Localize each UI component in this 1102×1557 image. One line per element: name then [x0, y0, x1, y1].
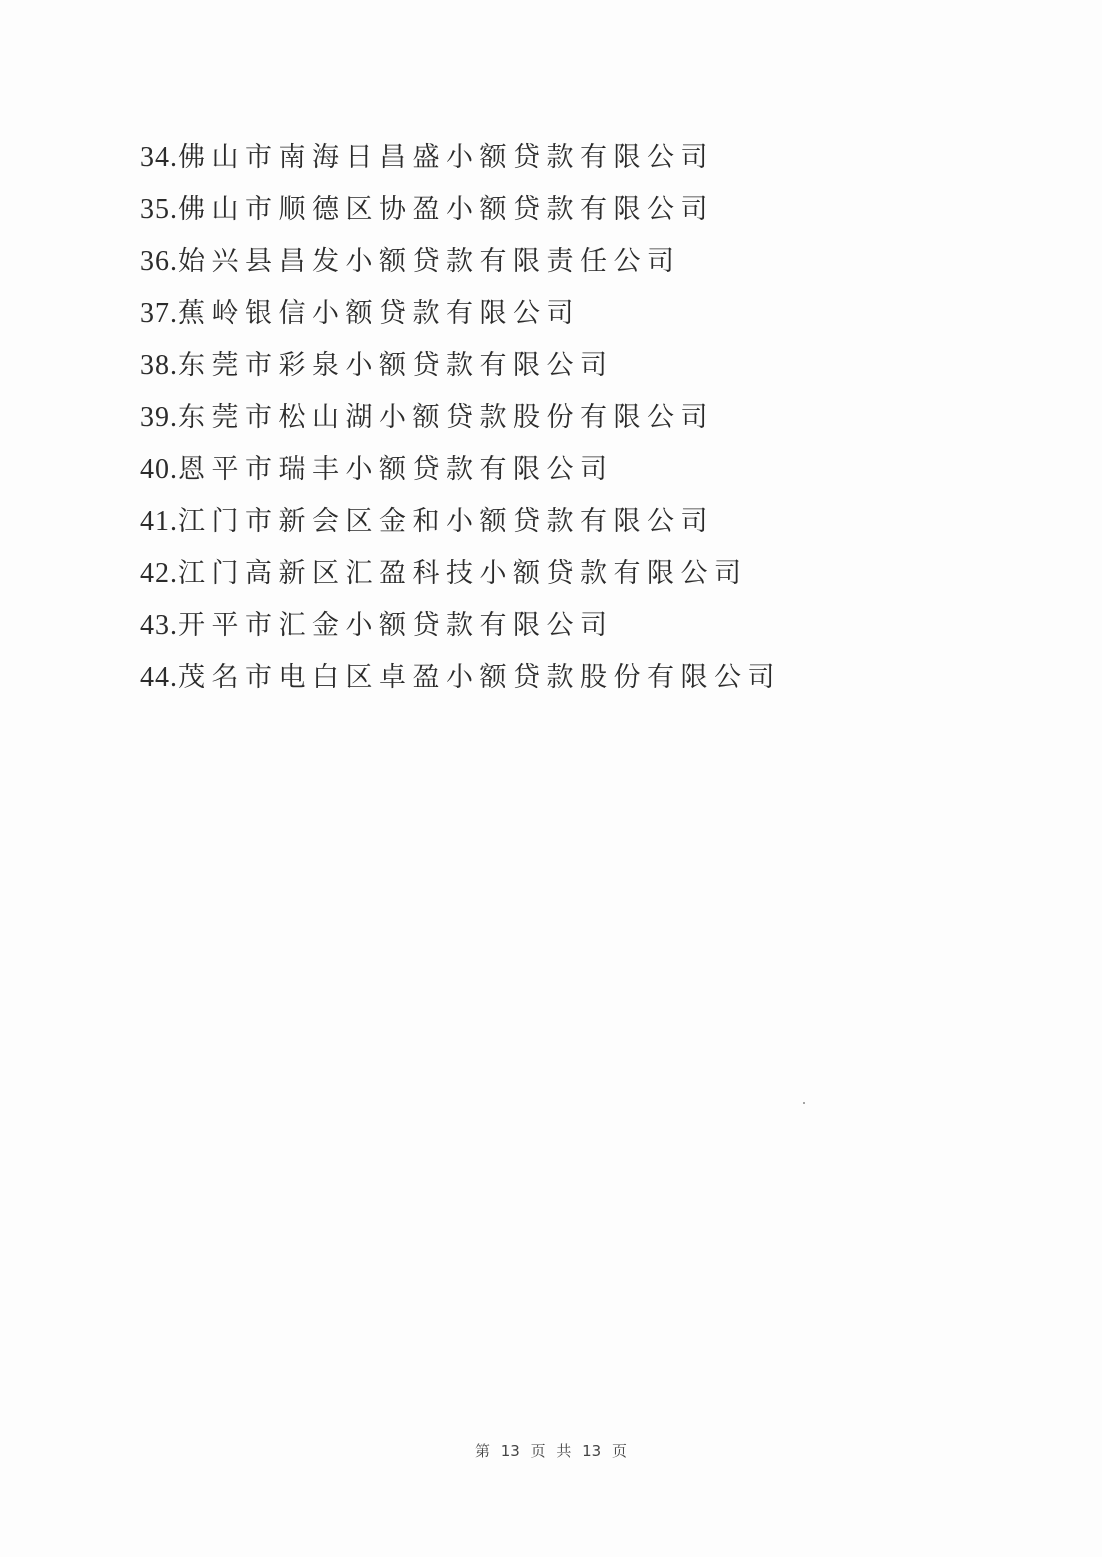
list-item: 39.东莞市松山湖小额贷款股份有限公司	[140, 397, 781, 449]
company-name: 江门高新区汇盈科技小额贷款有限公司	[178, 558, 748, 589]
scan-speck	[803, 1102, 805, 1104]
company-list: 34.佛山市南海日昌盛小额贷款有限公司 35.佛山市顺德区协盈小额贷款有限公司 …	[140, 137, 781, 709]
item-number: 37.	[140, 298, 178, 329]
company-name: 佛山市顺德区协盈小额贷款有限公司	[178, 194, 714, 225]
company-name: 蕉岭银信小额贷款有限公司	[178, 298, 580, 329]
list-item: 41.江门市新会区金和小额贷款有限公司	[140, 501, 781, 553]
company-name: 东莞市松山湖小额贷款股份有限公司	[178, 402, 714, 433]
list-item: 36.始兴县昌发小额贷款有限责任公司	[140, 241, 781, 293]
item-number: 40.	[140, 454, 178, 485]
company-name: 江门市新会区金和小额贷款有限公司	[178, 506, 714, 537]
item-number: 34.	[140, 142, 178, 173]
document-page: 34.佛山市南海日昌盛小额贷款有限公司 35.佛山市顺德区协盈小额贷款有限公司 …	[0, 0, 1102, 1557]
company-name: 茂名市电白区卓盈小额贷款股份有限公司	[178, 662, 781, 693]
list-item: 37.蕉岭银信小额贷款有限公司	[140, 293, 781, 345]
item-number: 44.	[140, 662, 178, 693]
list-item: 35.佛山市顺德区协盈小额贷款有限公司	[140, 189, 781, 241]
page-footer: 第 13 页 共 13 页	[0, 1440, 1102, 1461]
item-number: 39.	[140, 402, 178, 433]
company-name: 佛山市南海日昌盛小额贷款有限公司	[178, 142, 714, 173]
item-number: 42.	[140, 558, 178, 589]
company-name: 东莞市彩泉小额贷款有限公司	[178, 350, 614, 381]
item-number: 43.	[140, 610, 178, 641]
company-name: 恩平市瑞丰小额贷款有限公司	[178, 454, 614, 485]
company-name: 始兴县昌发小额贷款有限责任公司	[178, 246, 681, 277]
company-name: 开平市汇金小额贷款有限公司	[178, 610, 614, 641]
list-item: 43.开平市汇金小额贷款有限公司	[140, 605, 781, 657]
list-item: 42.江门高新区汇盈科技小额贷款有限公司	[140, 553, 781, 605]
item-number: 36.	[140, 246, 178, 277]
item-number: 41.	[140, 506, 178, 537]
list-item: 40.恩平市瑞丰小额贷款有限公司	[140, 449, 781, 501]
item-number: 35.	[140, 194, 178, 225]
list-item: 38.东莞市彩泉小额贷款有限公司	[140, 345, 781, 397]
list-item: 34.佛山市南海日昌盛小额贷款有限公司	[140, 137, 781, 189]
list-item: 44.茂名市电白区卓盈小额贷款股份有限公司	[140, 657, 781, 709]
item-number: 38.	[140, 350, 178, 381]
